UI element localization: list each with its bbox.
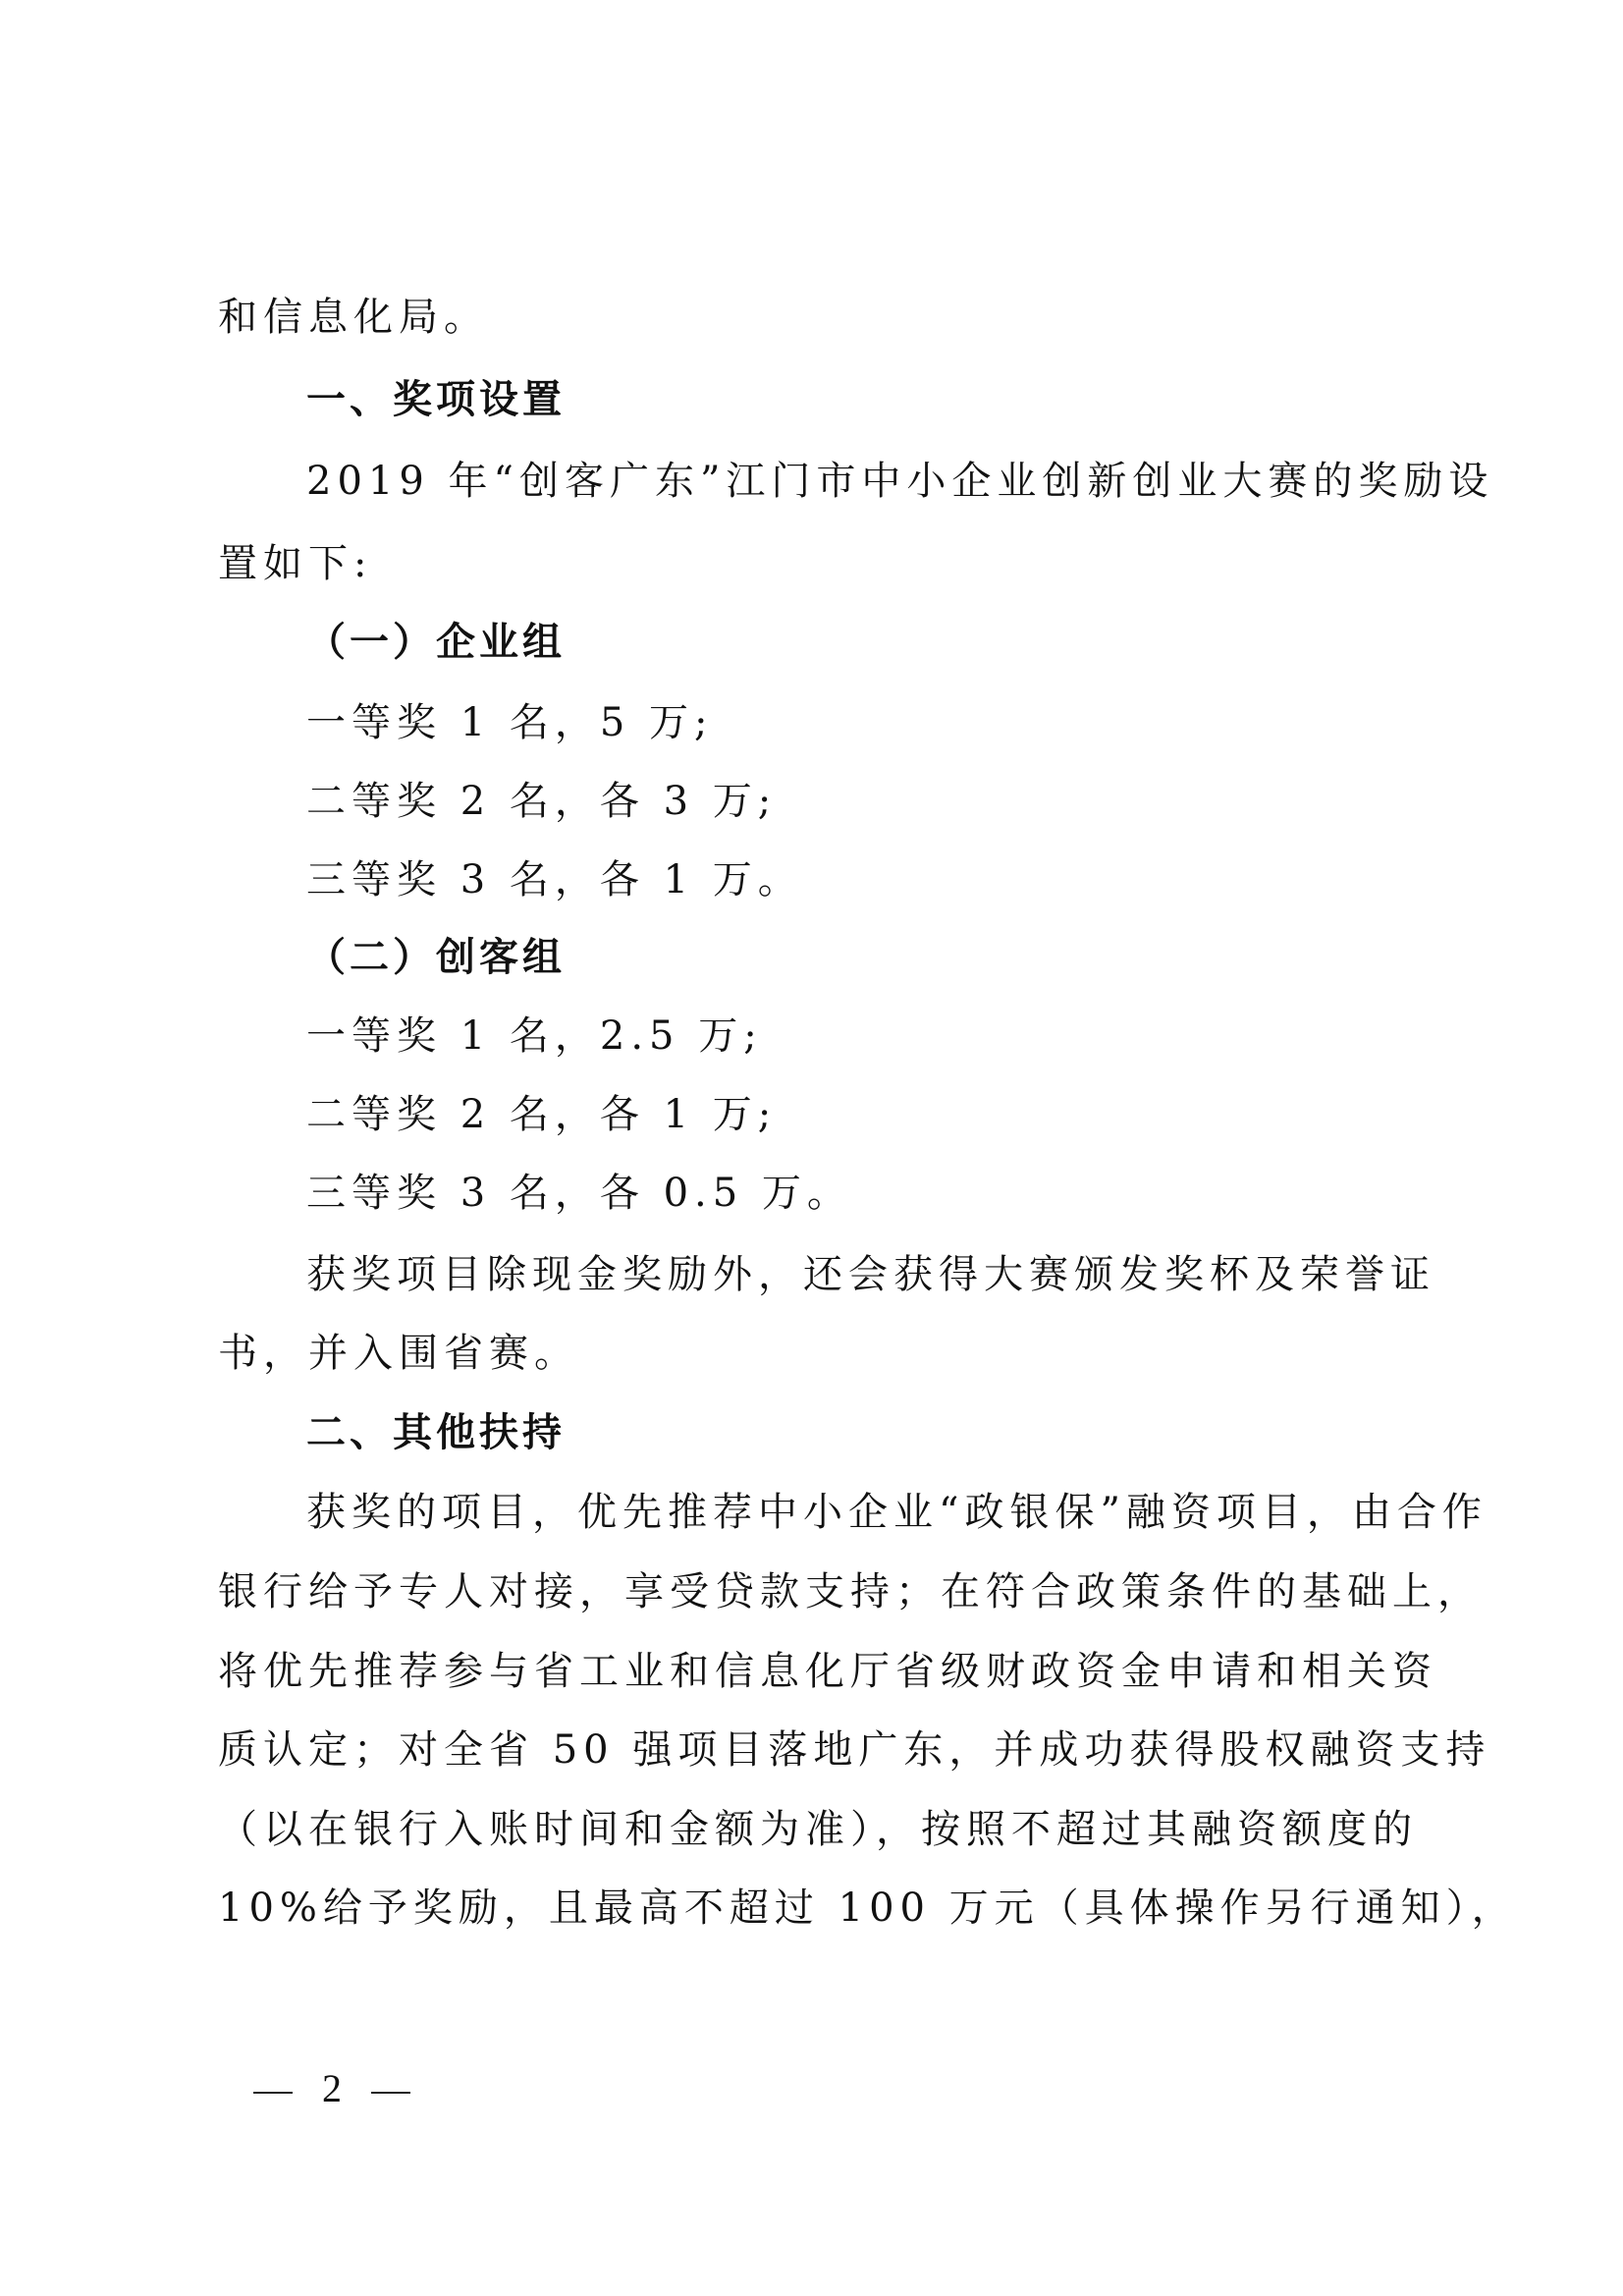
body-line-intro: 2019 年“创客广东”江门市中小企业创新创业大赛的奖励设	[306, 455, 1524, 508]
maker-third-prize: 三等奖 3 名，各 0.5 万。	[306, 1167, 1524, 1220]
page-number: 2	[322, 2066, 342, 2110]
body-line-extra-awards-cont: 书，并入围省赛。	[218, 1327, 1435, 1380]
maker-second-prize: 二等奖 2 名，各 1 万;	[306, 1088, 1524, 1141]
section-heading-other-support: 二、其他扶持	[306, 1406, 1524, 1459]
support-paragraph-line-3: 将优先推荐参与省工业和信息化厅省级财政资金申请和相关资	[218, 1645, 1435, 1698]
support-paragraph-line-6: 10%给予奖励，且最高不超过 100 万元（具体操作另行通知），	[218, 1882, 1435, 1935]
body-line-intro-cont: 置如下:	[218, 537, 1435, 590]
page-footer: 2	[253, 2062, 410, 2115]
section-heading-awards: 一、奖项设置	[306, 373, 1524, 426]
body-line-1: 和信息化局。	[218, 291, 1435, 344]
body-line-extra-awards: 获奖项目除现金奖励外，还会获得大赛颁发奖杯及荣誉证	[306, 1248, 1524, 1301]
support-paragraph-line-2: 银行给予专人对接，享受贷款支持；在符合政策条件的基础上，	[218, 1565, 1435, 1618]
enterprise-first-prize: 一等奖 1 名，5 万;	[306, 696, 1524, 749]
document-page: 和信息化局。 一、奖项设置 2019 年“创客广东”江门市中小企业创新创业大赛的…	[0, 0, 1623, 2296]
enterprise-second-prize: 二等奖 2 名，各 3 万;	[306, 775, 1524, 828]
support-paragraph-line-4: 质认定；对全省 50 强项目落地广东，并成功获得股权融资支持	[218, 1723, 1435, 1777]
support-paragraph-line-5: （以在银行入账时间和金额为准），按照不超过其融资额度的	[218, 1803, 1435, 1856]
support-paragraph-line-1: 获奖的项目，优先推荐中小企业“政银保”融资项目，由合作	[306, 1486, 1524, 1539]
footer-dash-right	[371, 2092, 410, 2094]
maker-first-prize: 一等奖 1 名，2.5 万;	[306, 1010, 1524, 1063]
subheading-maker-group: （二）创客组	[306, 931, 1524, 984]
footer-dash-left	[253, 2092, 293, 2094]
enterprise-third-prize: 三等奖 3 名，各 1 万。	[306, 853, 1524, 906]
subheading-enterprise-group: （一）企业组	[306, 616, 1524, 669]
